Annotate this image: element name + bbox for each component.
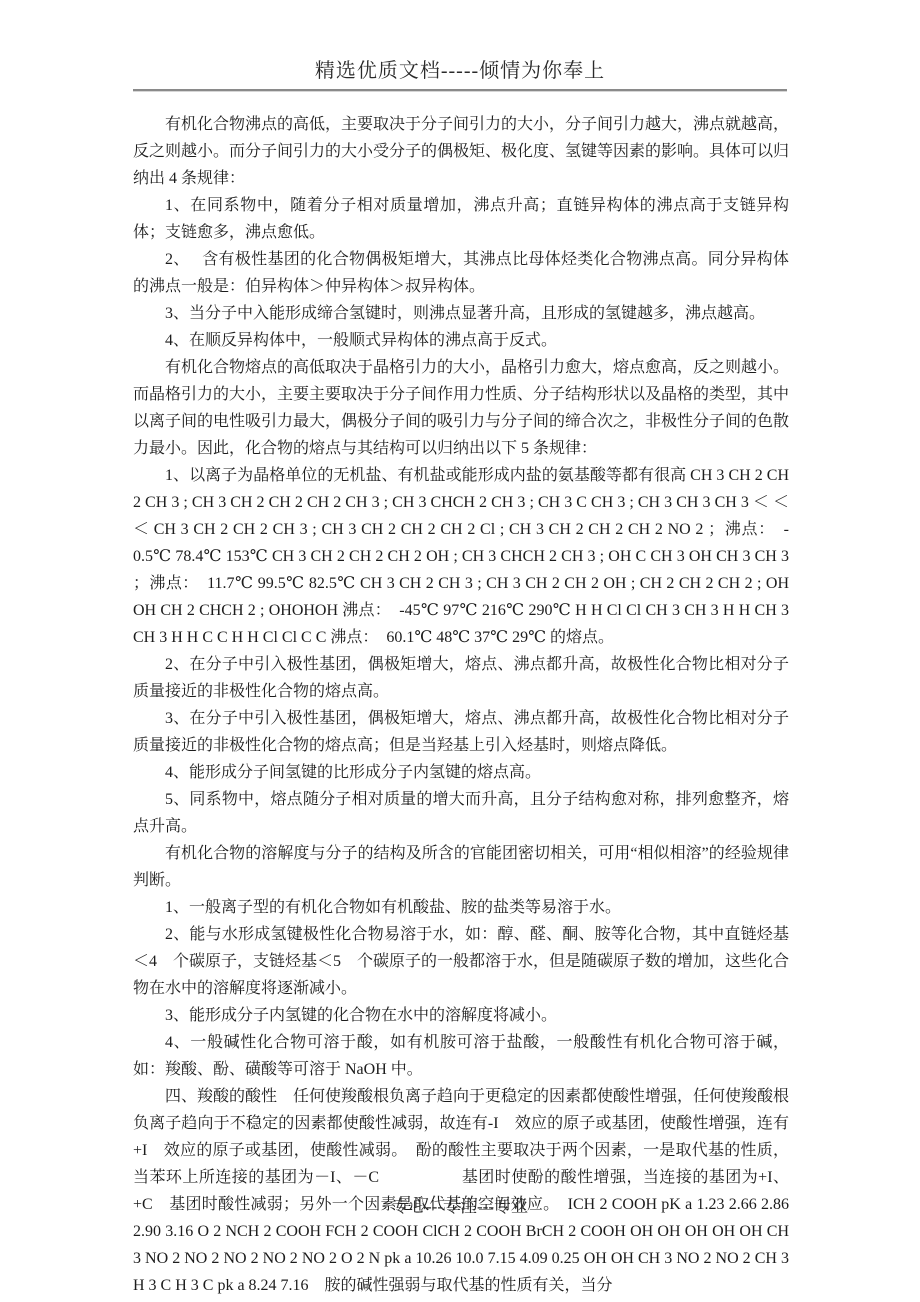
paragraph-mp-rule-2: 2、在分子中引入极性基团，偶极矩增大，熔点、沸点都升高，故极性化合物比相对分子质…	[133, 651, 789, 705]
page-header: 精选优质文档-----倾情为你奉上	[133, 58, 787, 92]
paragraph-sol-rule-4: 4、一般碱性化合物可溶于酸，如有机胺可溶于盐酸，一般酸性有机化合物可溶于碱，如：…	[133, 1029, 789, 1083]
paragraph-mp-rule-5: 5、同系物中，熔点随分子相对质量的增大而升高，且分子结构愈对称，排列愈整齐，熔点…	[133, 786, 789, 840]
paragraph-bp-rule-2: 2、 含有极性基团的化合物偶极矩增大，其沸点比母体烃类化合物沸点高。同分异构体的…	[133, 246, 789, 300]
header-divider-rule	[133, 89, 787, 92]
document-page: 精选优质文档-----倾情为你奉上 有机化合物沸点的高低，主要取决于分子间引力的…	[0, 0, 920, 1302]
paragraph-acidity-section: 四、羧酸的酸性 任何使羧酸根负离子趋向于更稳定的因素都使酸性增强，任何使羧酸根负…	[133, 1083, 789, 1299]
footer-text: 专心---专注---专业	[392, 1197, 528, 1216]
paragraph-bp-rule-1: 1、在同系物中，随着分子相对质量增加，沸点升高；直链异构体的沸点高于支链异构体；…	[133, 192, 789, 246]
paragraph-sol-rule-1: 1、一般离子型的有机化合物如有机酸盐、胺的盐类等易溶于水。	[133, 894, 789, 921]
paragraph-mp-rule-1: 1、以离子为晶格单位的无机盐、有机盐或能形成内盐的氨基酸等都有很高 CH 3 C…	[133, 462, 789, 651]
paragraph-bp-rule-4: 4、在顺反异构体中，一般顺式异构体的沸点高于反式。	[133, 327, 789, 354]
header-title: 精选优质文档-----倾情为你奉上	[133, 58, 787, 84]
paragraph-mp-rule-3: 3、在分子中引入极性基团，偶极矩增大，熔点、沸点都升高，故极性化合物比相对分子质…	[133, 705, 789, 759]
paragraph-mp-rule-4: 4、能形成分子间氢键的比形成分子内氢键的熔点高。	[133, 759, 789, 786]
paragraph-sol-rule-3: 3、能形成分子内氢键的化合物在水中的溶解度将减小。	[133, 1002, 789, 1029]
paragraph-melting-point-intro: 有机化合物熔点的高低取决于晶格引力的大小，晶格引力愈大，熔点愈高，反之则越小。而…	[133, 354, 789, 462]
paragraph-solubility-intro: 有机化合物的溶解度与分子的结构及所含的官能团密切相关，可用“相似相溶”的经验规律…	[133, 840, 789, 894]
page-footer: 专心---专注---专业	[0, 1192, 920, 1217]
paragraph-boiling-point-intro: 有机化合物沸点的高低，主要取决于分子间引力的大小，分子间引力越大，沸点就越高，反…	[133, 111, 789, 192]
paragraph-bp-rule-3: 3、当分子中入能形成缔合氢键时，则沸点显著升高，且形成的氢键越多，沸点越高。	[133, 300, 789, 327]
document-body: 有机化合物沸点的高低，主要取决于分子间引力的大小，分子间引力越大，沸点就越高，反…	[133, 111, 789, 1299]
paragraph-sol-rule-2: 2、能与水形成氢键极性化合物易溶于水，如：醇、醛、酮、胺等化合物，其中直链烃基＜…	[133, 921, 789, 1002]
